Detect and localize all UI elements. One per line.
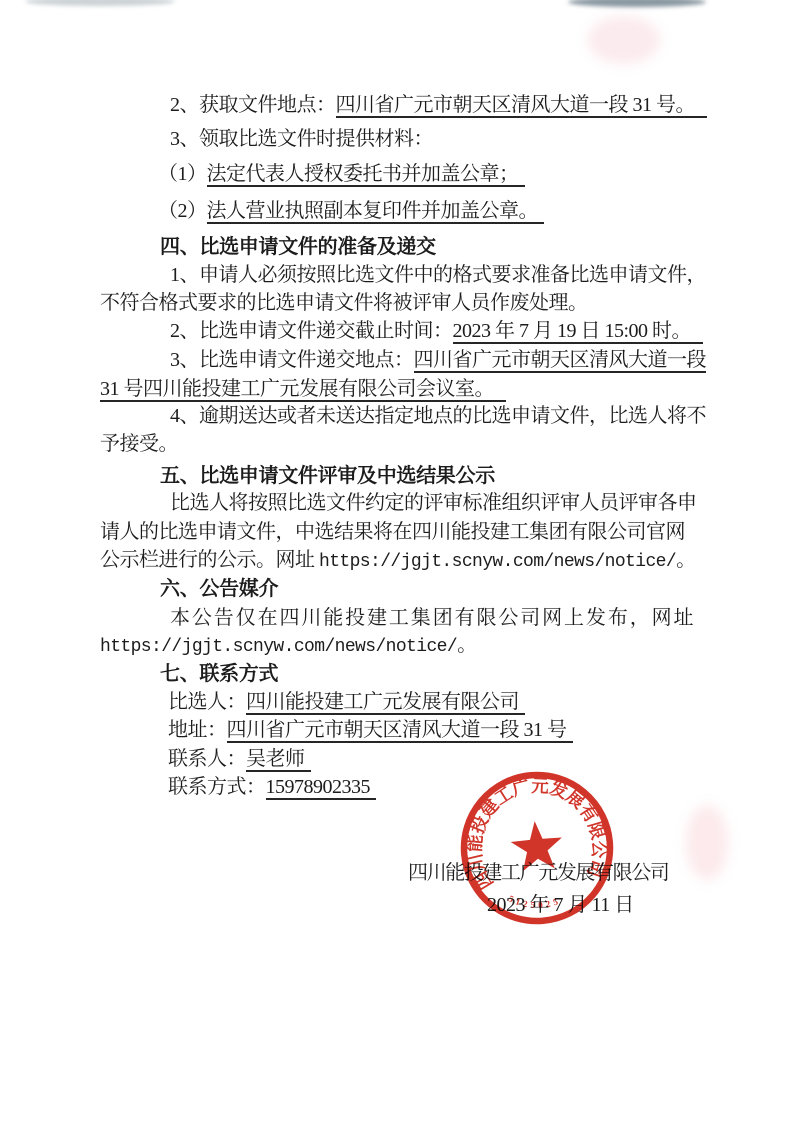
clause-5-line-1: 比选人将按照比选文件约定的评审标准组织评审人员评审各申 <box>170 489 697 517</box>
clause-submission-deadline: 2、比选申请文件递交截止时间：2023 年 7 月 19 日 15:00 时。 <box>170 317 703 345</box>
clause-file-pickup-location: 2、获取文件地点：四川省广元市朝天区清风大道一段 31 号。 <box>170 91 707 119</box>
contact-phone-row: 联系方式：15978902335 <box>168 773 376 801</box>
document-page: 2、获取文件地点：四川省广元市朝天区清风大道一段 31 号。 3、领取比选文件时… <box>0 0 793 1123</box>
seal-bleedthrough-top <box>588 16 660 64</box>
clause-4-4-line-2: 予接受。 <box>100 430 178 458</box>
clause-6-line-1: 本公告仅在四川能投建工集团有限公司网上发布，网址 <box>170 604 693 632</box>
material-2-value: 法人营业执照副本复印件并加盖公章。 <box>207 200 545 224</box>
scan-smudge-top-right <box>568 0 706 7</box>
clause-materials-required: 3、领取比选文件时提供材料： <box>170 125 433 153</box>
deadline-value: 2023 年 7 月 19 日 15:00 时。 <box>453 320 704 344</box>
address-value: 四川省广元市朝天区清风大道一段 31 号 <box>227 719 573 743</box>
clause-6-line-2: https://jgjt.scnyw.com/news/notice/。 <box>100 631 477 661</box>
clause-material-2: （2）法人营业执照副本复印件并加盖公章。 <box>158 197 544 225</box>
contact-address-row: 地址：四川省广元市朝天区清风大道一段 31 号 <box>168 716 573 744</box>
clause-label: 2、获取文件地点： <box>170 94 336 116</box>
section-5-heading: 五、比选申请文件评审及中选结果公示 <box>160 462 495 490</box>
section-7-heading: 七、联系方式 <box>160 660 278 688</box>
pickup-location-value: 四川省广元市朝天区清风大道一段 31 号。 <box>336 94 708 118</box>
seal-registration-number: 5125025 <box>506 889 563 913</box>
clause-4-4-line-1: 4、逾期送达或者未送达指定地点的比选申请文件，比选人将不 <box>170 402 706 430</box>
submission-place-value-1: 四川省广元市朝天区清风大道一段 <box>414 349 707 373</box>
svg-text:5125025: 5125025 <box>506 889 563 913</box>
clause-4-1-line-1: 1、申请人必须按照比选文件中的格式要求准备比选申请文件， <box>170 261 706 289</box>
clause-5-line-3: 公示栏进行的公示。网址 https://jgjt.scnyw.com/news/… <box>100 546 696 576</box>
bidder-value: 四川能投建工广元发展有限公司 <box>246 691 525 715</box>
company-seal: 四川能投建工广元发展有限公司 5125025 <box>442 753 632 943</box>
clause-number: （2） <box>158 200 207 222</box>
section-6-heading: 六、公告媒介 <box>160 575 278 603</box>
section-4-heading: 四、比选申请文件的准备及递交 <box>160 233 436 261</box>
contact-person-row: 联系人：吴老师 <box>168 745 311 773</box>
seal-bleedthrough-right <box>686 805 728 880</box>
phone-label: 联系方式： <box>168 776 266 798</box>
scan-smudge-top-left <box>25 0 175 6</box>
material-1-value: 法定代表人授权委托书并加盖公章； <box>207 163 525 187</box>
notice-url: https://jgjt.scnyw.com/news/notice/ <box>100 637 457 657</box>
clause-4-1-line-2: 不符合格式要求的比选申请文件将被评审人员作废处理。 <box>100 289 588 317</box>
seal-star-icon <box>509 819 564 872</box>
clause-label: 3、比选申请文件递交地点： <box>170 349 414 371</box>
phone-value: 15978902335 <box>266 776 377 800</box>
clause-label: 2、比选申请文件递交截止时间： <box>170 320 453 342</box>
result-url-period: 。 <box>676 549 696 571</box>
result-url: https://jgjt.scnyw.com/news/notice/ <box>319 552 676 572</box>
clause-submission-place-line-2: 31 号四川能投建工广元发展有限公司会议室。 <box>100 375 506 403</box>
contact-bidder-row: 比选人：四川能投建工广元发展有限公司 <box>168 688 525 716</box>
contact-person-value: 吴老师 <box>246 748 311 772</box>
result-url-prefix: 公示栏进行的公示。网址 <box>100 549 319 571</box>
clause-number: （1） <box>158 163 207 185</box>
clause-5-line-2: 请人的比选申请文件，中选结果将在四川能投建工集团有限公司官网 <box>100 518 685 546</box>
address-label: 地址： <box>168 719 227 741</box>
clause-label: 3、领取比选文件时提供材料： <box>170 128 433 150</box>
submission-place-value-2: 31 号四川能投建工广元发展有限公司会议室。 <box>100 378 506 402</box>
bidder-label: 比选人： <box>168 691 246 713</box>
notice-url-period: 。 <box>457 634 477 656</box>
contact-person-label: 联系人： <box>168 748 246 770</box>
clause-material-1: （1）法定代表人授权委托书并加盖公章； <box>158 160 525 188</box>
clause-submission-place-line-1: 3、比选申请文件递交地点：四川省广元市朝天区清风大道一段 <box>170 346 706 374</box>
